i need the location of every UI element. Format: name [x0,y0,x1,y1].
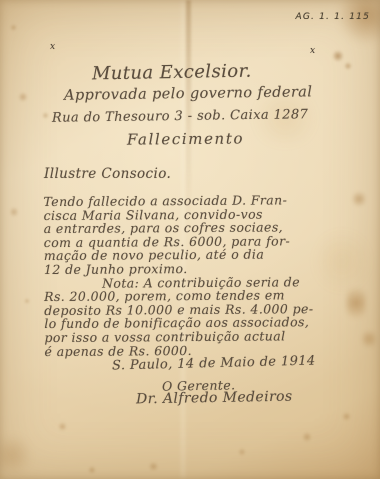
stain [344,62,352,70]
stain [238,448,246,456]
stain [10,206,18,218]
letter-page: AG. 1. 1. 115 x x Mutua Excelsior. Appro… [0,0,380,479]
stain [302,432,312,442]
salutation: Illustre Consocio. [44,166,171,182]
stain [148,462,159,471]
stain [88,466,96,474]
organization-name: Mutua Excelsior. [92,61,252,85]
stain [42,112,49,119]
stain [342,412,351,421]
stain [0,432,30,478]
stain [336,0,380,44]
x-mark-right: x [310,46,315,56]
stain [24,298,30,304]
address-line: Rua do Thesouro 3 - sob. Caixa 1287 [52,107,308,126]
archive-reference: AG. 1. 1. 115 [295,12,370,22]
x-mark-left: x [50,42,55,52]
approval-line: Approvada pelo governo federal [64,84,313,103]
subject-line: Fallecimento [127,129,244,148]
stain [58,422,67,431]
letter-body: Tendo fallecido a associada D. Fran- cis… [43,193,344,358]
stain [10,24,17,31]
stain [362,328,376,350]
stain [18,92,28,102]
stain [352,190,366,208]
stain [332,50,344,62]
signature-name: Dr. Alfredo Medeiros [136,389,293,408]
stain [346,282,366,324]
